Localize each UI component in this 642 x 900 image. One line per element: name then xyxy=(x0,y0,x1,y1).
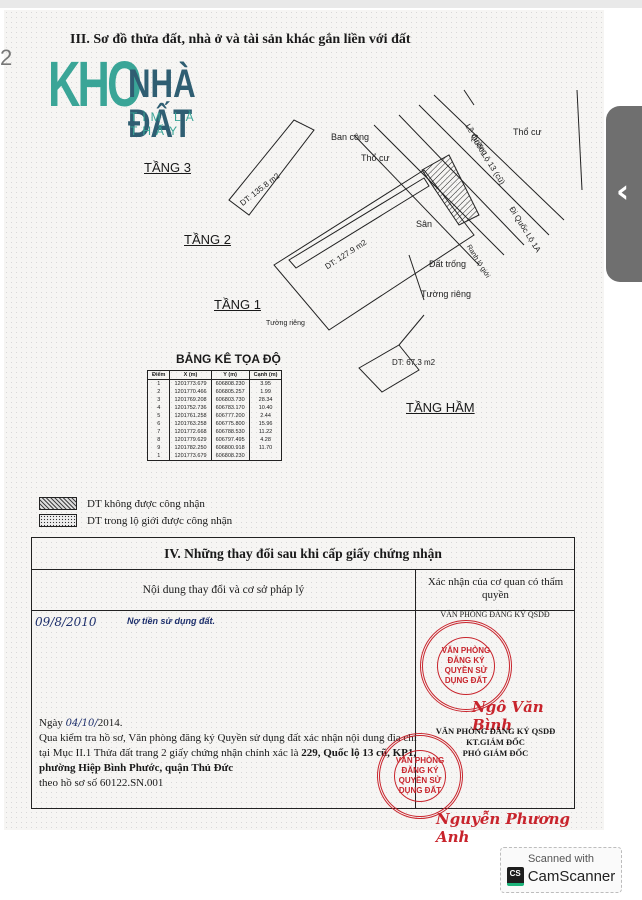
coord-table-title: BẢNG KÊ TỌA ĐỘ xyxy=(176,352,281,366)
coordinate-table: Điểm X (m) Y (m) Cạnh (m) 11201773.67960… xyxy=(147,370,282,461)
coord-table-row: 91201782.250606800.91811.70 xyxy=(148,444,282,452)
coord-cell: 4 xyxy=(148,404,170,412)
basement-label: TẦNG HẦM xyxy=(406,400,475,415)
camscanner-badge: Scanned with CS CamScanner xyxy=(500,847,622,893)
coord-cell: 606803.730 xyxy=(211,396,249,404)
changes-table: IV. Những thay đổi sau khi cấp giấy chứn… xyxy=(31,537,575,809)
coord-header: X (m) xyxy=(170,371,211,380)
coord-cell: 7 xyxy=(148,428,170,436)
section4-title: IV. Những thay đổi sau khi cấp giấy chứn… xyxy=(32,538,574,570)
coord-cell: 606788.530 xyxy=(211,428,249,436)
private-wall-label-a: Tường riêng xyxy=(421,289,471,299)
coord-cell: 1201770.466 xyxy=(170,388,211,396)
coord-cell xyxy=(249,452,282,461)
coord-cell: 9 xyxy=(148,444,170,452)
coord-table-row: 11201773.679606808.230 xyxy=(148,452,282,461)
balcony-label: Ban công xyxy=(331,132,369,142)
coord-table-row: 21201770.466606805.2571.99 xyxy=(148,388,282,396)
coord-table-row: 81201779.629606797.4954.28 xyxy=(148,436,282,444)
chevron-left-icon: ‹ xyxy=(616,172,629,210)
area-floor3-label: DT: 135.8 m2 xyxy=(238,171,281,207)
coord-cell: 606783.170 xyxy=(211,404,249,412)
highway-label: Quốc Lộ 13 (cũ) xyxy=(469,133,507,186)
coord-header: Y (m) xyxy=(211,371,249,380)
coord-cell: 5 xyxy=(148,412,170,420)
coord-cell: 1201773.679 xyxy=(170,380,211,389)
page-indicator: 2 xyxy=(0,45,12,71)
coord-cell: 3.95 xyxy=(249,380,282,389)
coord-cell: 1 xyxy=(148,452,170,461)
coord-cell: 2 xyxy=(148,388,170,396)
coord-cell: 11.22 xyxy=(249,428,282,436)
floor3-label: TẦNG 3 xyxy=(144,160,191,175)
confirm-column-header: Xác nhận của cơ quan có thẩm quyền xyxy=(417,576,574,602)
coord-cell: 606808.230 xyxy=(211,380,249,389)
residential-label-b: Thổ cư xyxy=(513,127,542,137)
yard-label: Sân xyxy=(416,219,432,229)
content-column-header: Nội dung thay đổi và cơ sở pháp lý xyxy=(32,570,415,610)
coord-cell: 15.96 xyxy=(249,420,282,428)
private-wall-label-b: Tường riêng xyxy=(266,320,305,327)
coord-cell: 606775.800 xyxy=(211,420,249,428)
entry2-signer: Nguyễn Phương Anh xyxy=(436,810,604,846)
coord-table-row: 61201763.258606775.80015.96 xyxy=(148,420,282,428)
coord-cell: 606797.495 xyxy=(211,436,249,444)
dots-swatch-icon xyxy=(39,514,77,527)
coord-cell: 1201752.736 xyxy=(170,404,211,412)
coord-table-row: 41201752.736606783.17010.40 xyxy=(148,404,282,412)
section3-title: III. Sơ đồ thửa đất, nhà ở và tài sản kh… xyxy=(70,32,411,48)
coord-table-row: 31201769.208606803.73028.34 xyxy=(148,396,282,404)
hatch-swatch-icon xyxy=(39,497,77,510)
coord-cell: 606800.918 xyxy=(211,444,249,452)
coord-cell: 1 xyxy=(148,380,170,389)
coord-cell: 606808.230 xyxy=(211,452,249,461)
kho-nha-dat-watermark: KHO NHÀ ĐẤT TÌM LÀ THẤY xyxy=(48,52,258,134)
legend-item-not-recognized: DT không được công nhận xyxy=(39,495,232,512)
boundary-label: Ranh lộ giới xyxy=(465,244,491,280)
coord-cell: 1201763.258 xyxy=(170,420,211,428)
changes-table-header: Nội dung thay đổi và cơ sở pháp lý Xác n… xyxy=(32,570,574,611)
area-floor12-label: DT: 127.9 m2 xyxy=(323,238,368,271)
legend: DT không được công nhận DT trong lộ giới… xyxy=(39,495,232,529)
floor2-label: TẦNG 2 xyxy=(184,232,231,247)
coord-cell: 4.28 xyxy=(249,436,282,444)
entry1-office: VĂN PHÒNG ĐĂNG KÝ QSDĐ xyxy=(420,610,570,619)
coord-cell: 1201773.679 xyxy=(170,452,211,461)
coord-cell: 1201779.629 xyxy=(170,436,211,444)
entry1-date: 09/8/2010 xyxy=(35,615,97,629)
coord-header: Điểm xyxy=(148,371,170,380)
coord-cell: 8 xyxy=(148,436,170,444)
coord-table-row: 71201772.668606788.53011.22 xyxy=(148,428,282,436)
coord-cell: 28.34 xyxy=(249,396,282,404)
residential-label-a: Thổ cư xyxy=(361,153,390,163)
entry2-red-stamp: VĂN PHÒNG ĐĂNG KÝ QUYỀN SỬ DỤNG ĐẤT xyxy=(377,733,463,819)
coord-table-row: 11201773.679606808.2303.95 xyxy=(148,380,282,389)
coord-cell: 606805.257 xyxy=(211,388,249,396)
coord-cell: 10.40 xyxy=(249,404,282,412)
entry1-content: Nợ tiền sử dụng đất. xyxy=(127,616,215,626)
camscanner-logo-icon: CS xyxy=(507,867,524,886)
coord-cell: 1201782.250 xyxy=(170,444,211,452)
coord-cell: 3 xyxy=(148,396,170,404)
coord-cell: 1201769.208 xyxy=(170,396,211,404)
previous-page-button[interactable]: ‹ xyxy=(606,106,642,282)
floor1-label: TẦNG 1 xyxy=(214,297,261,312)
coord-header: Cạnh (m) xyxy=(249,371,282,380)
coord-table-row: 51201761.258606777.2002.44 xyxy=(148,412,282,420)
coord-cell: 6 xyxy=(148,420,170,428)
vacant-land-label: Đất trống xyxy=(429,259,466,269)
viewer-top-bar xyxy=(0,0,642,8)
entry2-content: Ngày 04/10/2014. Qua kiểm tra hồ sơ, Văn… xyxy=(39,716,429,791)
area-basement-label: DT: 67.3 m2 xyxy=(392,358,435,367)
coord-cell: 1.99 xyxy=(249,388,282,396)
coord-cell: 11.70 xyxy=(249,444,282,452)
legend-item-recognized: DT trong lộ giới được công nhận xyxy=(39,512,232,529)
coord-cell: 1201761.258 xyxy=(170,412,211,420)
coord-cell: 2.44 xyxy=(249,412,282,420)
coord-cell: 606777.200 xyxy=(211,412,249,420)
to-highway-label: Đi Quốc Lộ 1A xyxy=(507,205,542,254)
coord-cell: 1201772.668 xyxy=(170,428,211,436)
